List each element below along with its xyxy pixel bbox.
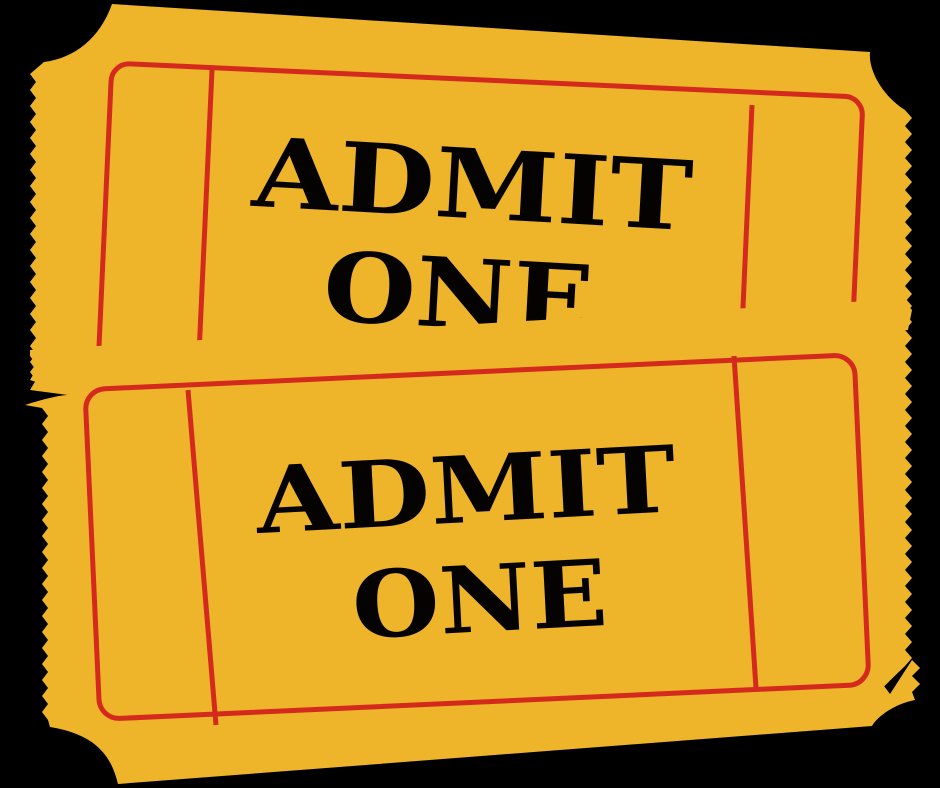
ticket-front: ADMIT ONE	[25, 298, 920, 784]
tickets-illustration: ADMIT ONE ADMIT ONE	[0, 0, 940, 788]
ticket-front-paper-right-edge	[870, 298, 912, 700]
ticket-front-line2: ONE	[350, 539, 610, 660]
ticket-scene: ADMIT ONE ADMIT ONE	[0, 0, 940, 788]
ticket-front-line1: ADMIT	[252, 425, 678, 555]
